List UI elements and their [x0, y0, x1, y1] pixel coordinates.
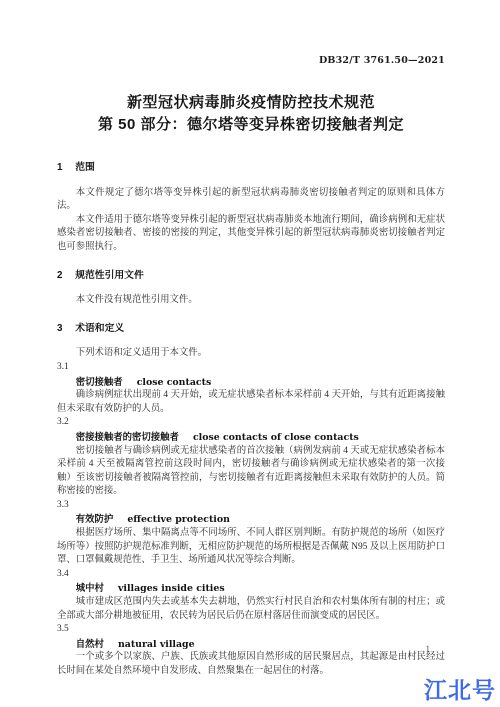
watermark: 江北号	[424, 672, 496, 705]
term-definition: 确诊病例症状出现前 4 天开始，或无症状感染者标本采样前 4 天开始，与其有近距…	[57, 389, 445, 416]
term-number: 3.4	[57, 568, 445, 582]
section-number: 3	[57, 322, 62, 336]
term-heading: 城中村villages inside cities	[57, 581, 445, 596]
document-page: DB32/T 3761.50—2021 新型冠状病毒肺炎疫情防控技术规范 第 5…	[0, 0, 500, 707]
normative-references-paragraph: 本文件没有规范性引用文件。	[57, 294, 445, 308]
document-title-line2: 第 50 部分：德尔塔等变异株密切接触者判定	[57, 114, 445, 136]
section-label: 范围	[75, 161, 95, 175]
section-number: 1	[57, 161, 62, 175]
scope-paragraph: 本文件规定了德尔塔等变异株引起的新型冠状病毒肺炎密切接触者判定的原则和具体方法。	[57, 187, 445, 214]
term-entry: 3.5 自然村natural village 一个或多个以家族、户族、氏族或其他…	[57, 623, 445, 678]
term-heading: 有效防护effective protection	[57, 512, 445, 527]
term-definition: 一个或多个以家族、户族、氏族或其他原因自然形成的居民聚居点，其起源是由村民经过长…	[57, 651, 445, 678]
term-definition: 根据医疗场所、集中隔离点等不同场所、不同人群区别判断。有防护规范的场所（如医疗场…	[57, 527, 445, 568]
section-label: 术语和定义	[75, 322, 124, 336]
term-chinese: 自然村	[76, 638, 104, 649]
page-number: 1	[426, 644, 431, 654]
term-chinese: 密切接触者	[76, 376, 123, 387]
term-entry: 3.4 城中村villages inside cities 城市建成区范围内失去…	[57, 568, 445, 623]
term-definition: 城市建成区范围内失去或基本失去耕地，仍然实行村民自治和农村集体所有制的村庄；或全…	[57, 596, 445, 623]
term-heading: 密切接触者close contacts	[57, 375, 445, 390]
term-english: natural village	[118, 639, 195, 650]
document-body: 1 范围 本文件规定了德尔塔等变异株引起的新型冠状病毒肺炎密切接触者判定的原则和…	[57, 161, 445, 679]
document-title-line1: 新型冠状病毒肺炎疫情防控技术规范	[57, 92, 445, 114]
section-heading-terms-definitions: 3 术语和定义	[57, 322, 445, 336]
term-number: 3.2	[57, 416, 445, 430]
standard-doc-number: DB32/T 3761.50—2021	[57, 55, 445, 66]
section-number: 2	[57, 269, 62, 283]
term-chinese: 有效防护	[76, 513, 114, 524]
scope-paragraph: 本文件适用于德尔塔等变异株引起的新型冠状病毒肺炎本地流行期间，确诊病例和无症状感…	[57, 214, 445, 255]
term-english: close contacts	[137, 377, 212, 388]
term-english: villages inside cities	[118, 583, 225, 594]
term-number: 3.5	[57, 623, 445, 637]
document-title: 新型冠状病毒肺炎疫情防控技术规范 第 50 部分：德尔塔等变异株密切接触者判定	[57, 92, 445, 135]
section-heading-normative-references: 2 规范性引用文件	[57, 269, 445, 283]
term-chinese: 城中村	[76, 582, 104, 593]
section-heading-scope: 1 范围	[57, 161, 445, 175]
term-definition: 密切接触者与确诊病例或无症状感染者的首次接触（病例发病前 4 天或无症状感染者标…	[57, 445, 445, 499]
section-label: 规范性引用文件	[75, 269, 144, 283]
term-number: 3.1	[57, 361, 445, 375]
term-english: close contacts of close contacts	[193, 432, 359, 443]
term-english: effective protection	[127, 514, 230, 525]
term-heading: 自然村natural village	[57, 637, 445, 652]
term-entry: 3.1 密切接触者close contacts 确诊病例症状出现前 4 天开始，…	[57, 361, 445, 416]
term-heading: 密接接触者的密切接触者close contacts of close conta…	[57, 430, 445, 445]
terms-intro-paragraph: 下列术语和定义适用于本文件。	[57, 347, 445, 361]
term-entry: 3.3 有效防护effective protection 根据医疗场所、集中隔离…	[57, 499, 445, 568]
term-number: 3.3	[57, 499, 445, 513]
term-chinese: 密接接触者的密切接触者	[76, 431, 179, 442]
term-entry: 3.2 密接接触者的密切接触者close contacts of close c…	[57, 416, 445, 499]
